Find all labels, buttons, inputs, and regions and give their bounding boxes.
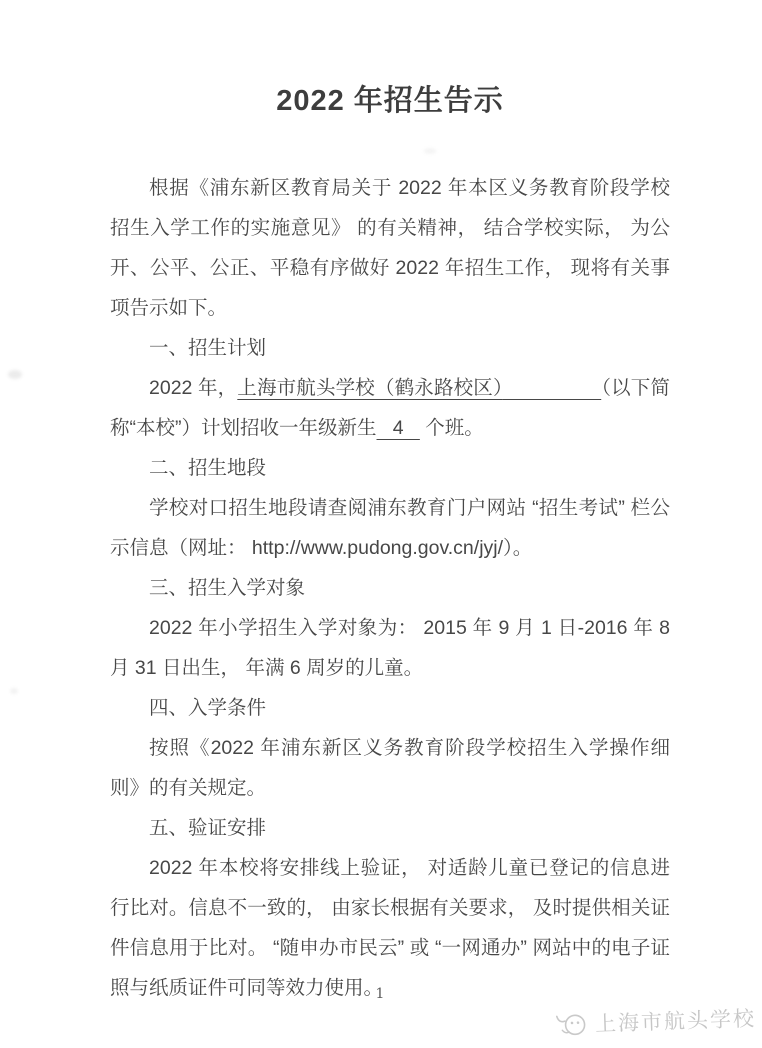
underlined-text xyxy=(503,377,601,399)
text-segment: 四、入学条件 xyxy=(149,697,266,719)
document-page: 2022 年招生告示 根据《浦东新区教育局关于 2022 年本区义务教育阶段学校… xyxy=(0,0,762,1048)
page-number: 1 xyxy=(376,986,385,1002)
document-title: 2022 年招生告示 xyxy=(110,78,670,119)
scan-artifact xyxy=(10,688,18,694)
section-heading: 一、招生计划 xyxy=(110,328,670,368)
paragraph: 学校对口招生地段请查阅浦东教育门户网站 “招生考试” 栏公示信息（网址： htt… xyxy=(110,488,670,568)
watermark-text: 上海市航头学校 xyxy=(595,1002,757,1038)
text-segment: 2022 年小学招生入学对象为： 2015 年 9 月 1 日-2016 年 8… xyxy=(110,617,670,679)
text-segment: 三、招生入学对象 xyxy=(149,577,305,599)
paragraph: 2022 年小学招生入学对象为： 2015 年 9 月 1 日-2016 年 8… xyxy=(110,608,670,688)
document-body: 根据《浦东新区教育局关于 2022 年本区义务教育阶段学校招生入学工作的实施意见… xyxy=(110,168,670,1008)
text-segment: 一、招生计划 xyxy=(149,337,266,359)
section-heading: 二、招生地段 xyxy=(110,448,670,488)
paragraph: 2022 年本校将安排线上验证， 对适龄儿童已登记的信息进行比对。信息不一致的，… xyxy=(110,848,670,1008)
scan-artifact xyxy=(8,370,22,379)
section-heading: 四、入学条件 xyxy=(110,688,670,728)
paragraph: 根据《浦东新区教育局关于 2022 年本区义务教育阶段学校招生入学工作的实施意见… xyxy=(110,168,670,328)
section-heading: 五、验证安排 xyxy=(110,808,670,848)
text-segment: 学校对口招生地段请查阅浦东教育门户网站 “招生考试” 栏公示信息（网址： htt… xyxy=(110,497,670,559)
underlined-text: 4 xyxy=(377,417,420,439)
text-segment: 2022 年， xyxy=(149,377,237,399)
text-segment: 二、招生地段 xyxy=(149,457,266,479)
text-segment: 个班。 xyxy=(420,417,484,439)
text-segment: 2022 年本校将安排线上验证， 对适龄儿童已登记的信息进行比对。信息不一致的，… xyxy=(110,857,670,999)
text-segment: 按照《2022 年浦东新区义务教育阶段学校招生入学操作细则》的有关规定。 xyxy=(110,737,670,799)
watermark: 上海市航头学校 xyxy=(554,1002,757,1039)
section-heading: 三、招生入学对象 xyxy=(110,568,670,608)
scan-artifact xyxy=(424,148,436,154)
text-segment: 五、验证安排 xyxy=(149,817,266,839)
school-logo-icon xyxy=(554,1010,591,1037)
paragraph: 2022 年，上海市航头学校（鹤永路校区） （以下简称“本校”）计划招收一年级新… xyxy=(110,368,670,448)
paragraph: 按照《2022 年浦东新区义务教育阶段学校招生入学操作细则》的有关规定。 xyxy=(110,728,670,808)
text-segment: 根据《浦东新区教育局关于 2022 年本区义务教育阶段学校招生入学工作的实施意见… xyxy=(110,177,670,319)
underlined-text: 上海市航头学校（鹤永路校区） xyxy=(237,377,503,399)
